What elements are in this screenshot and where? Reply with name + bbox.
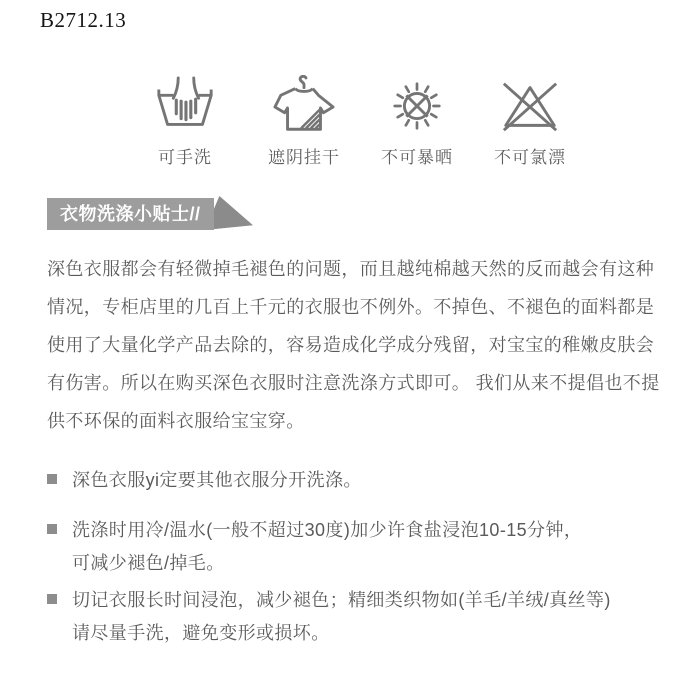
care-instructions-page: { "page": { "product_code": "B2712.13" }… <box>0 0 700 700</box>
no-sun-exposure-icon <box>369 74 465 138</box>
tips-banner-title: 衣物洗涤小贴士// <box>47 198 214 230</box>
paragraph-line: 供不环保的面料衣服给宝宝穿。 <box>47 402 672 440</box>
product-code: B2712.13 <box>40 8 126 33</box>
paragraph-line: 有伤害。所以在购买深色衣服时注意洗涤方式即可。 我们从来不提倡也不提 <box>47 364 672 402</box>
bullet-line: 切记衣服长时间浸泡，减少褪色；精细类织物如(羊毛/羊绒/真丝等) <box>72 584 611 617</box>
paragraph-line: 情况，专柜店里的几百上千元的衣服也不例外。不掉色、不褪色的面料都是 <box>47 288 672 326</box>
care-icon-label: 可手洗 <box>137 143 233 168</box>
care-icon-shade-hang-dry: 遮阴挂干 <box>256 74 352 168</box>
paragraph-line: 深色衣服都会有轻微掉毛褪色的问题，而且越纯棉越天然的反而越会有这种 <box>47 250 672 288</box>
care-icon-label: 不可氯漂 <box>482 143 578 168</box>
hand-wash-icon <box>137 74 233 138</box>
bullet-line: 可减少褪色/掉毛。 <box>72 547 582 580</box>
bullet-line: 深色衣服yi定要其他衣服分开洗涤。 <box>72 464 362 497</box>
tips-paragraph: 深色衣服都会有轻微掉毛褪色的问题，而且越纯棉越天然的反而越会有这种 情况，专柜店… <box>47 250 672 440</box>
shade-hang-dry-icon <box>256 74 352 138</box>
care-icon-label: 遮阴挂干 <box>256 143 352 168</box>
no-chlorine-bleach-icon <box>482 74 578 138</box>
bullet-line: 请尽量手洗，避免变形或损坏。 <box>72 617 611 650</box>
paragraph-line: 使用了大量化学产品去除的，容易造成化学成分残留，对宝宝的稚嫩皮肤会 <box>47 326 672 364</box>
care-icon-label: 不可暴晒 <box>369 143 465 168</box>
bullet-square-icon <box>47 594 57 604</box>
tips-banner: 衣物洗涤小贴士// <box>47 198 214 232</box>
tip-bullet-item: 深色衣服yi定要其他衣服分开洗涤。 <box>47 464 672 497</box>
tip-bullet-item: 洗涤时用冷/温水(一般不超过30度)加少许食盐浸泡10-15分钟， 可减少褪色/… <box>47 514 672 580</box>
tip-bullet-item: 切记衣服长时间浸泡，减少褪色；精细类织物如(羊毛/羊绒/真丝等) 请尽量手洗，避… <box>47 584 672 650</box>
care-icon-no-sun-exposure: 不可暴晒 <box>369 74 465 168</box>
bullet-square-icon <box>47 524 57 534</box>
bullet-square-icon <box>47 474 57 484</box>
care-icon-no-chlorine-bleach: 不可氯漂 <box>482 74 578 168</box>
bullet-line: 洗涤时用冷/温水(一般不超过30度)加少许食盐浸泡10-15分钟， <box>72 514 582 547</box>
care-icon-hand-wash: 可手洗 <box>137 74 233 168</box>
